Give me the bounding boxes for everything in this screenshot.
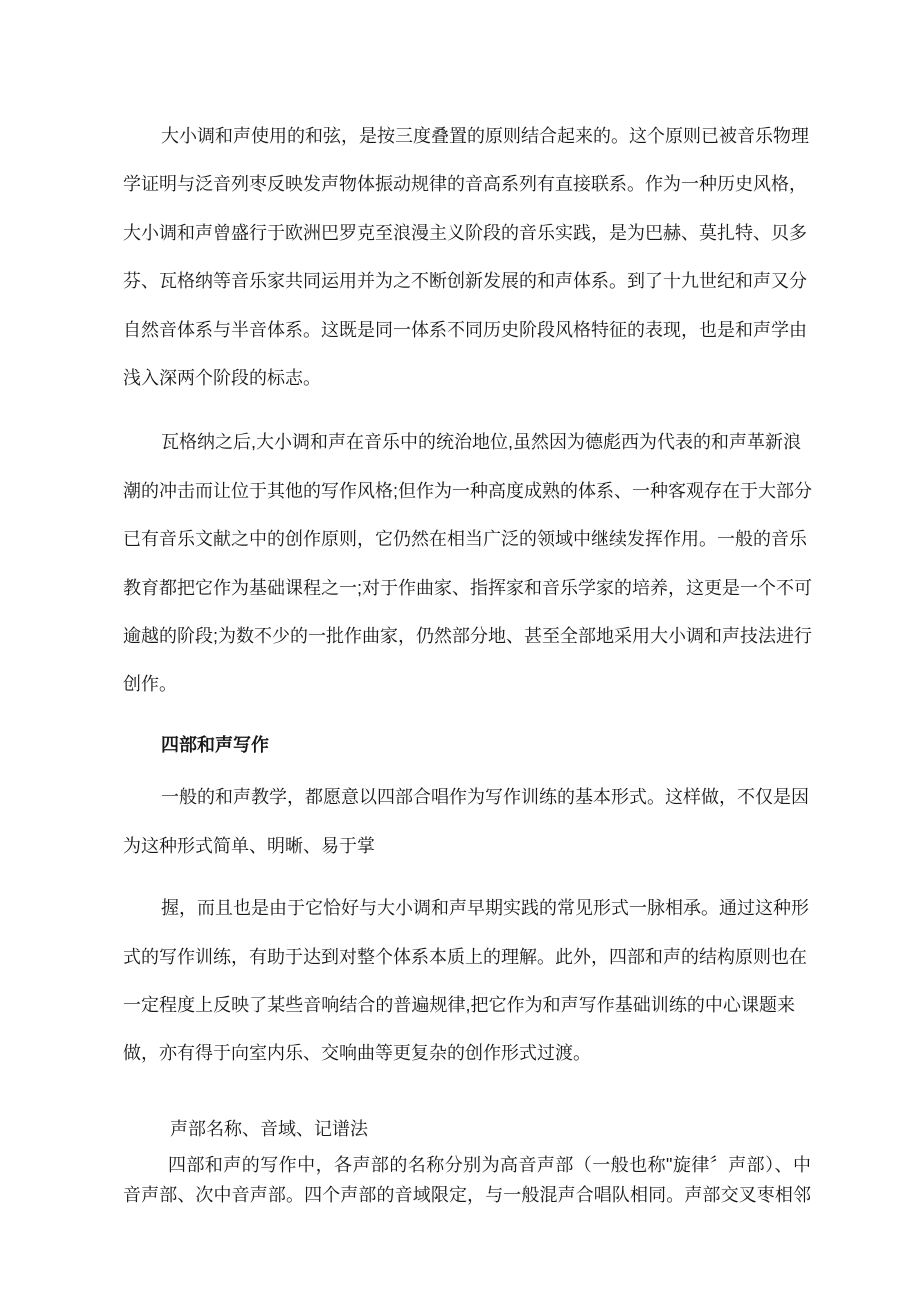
section-heading: 四部和声写作: [123, 721, 795, 769]
text-line: 浅入深两个阶段的标志。: [123, 354, 795, 402]
paragraph: 大小调和声使用的和弦，是按三度叠置的原则结合起来的。这个原则已被音乐物理学证明与…: [123, 112, 795, 402]
paragraph: 四部和声的写作中，各声部的名称分别为高音声部（一般也称"旋律〞声部）、中音声部、…: [123, 1150, 811, 1210]
text-line: 潮的冲击而让位于其他的写作风格;但作为一种高度成熟的体系、一种客观存在于大部分: [123, 467, 795, 515]
text-line: 已有音乐文献之中的创作原则，它仍然在相当广泛的领域中继续发挥作用。一般的音乐: [123, 515, 795, 563]
text-line: 一定程度上反映了某些音响结合的普遍规律,把它作为和声写作基础训练的中心课题来: [123, 981, 795, 1029]
text-line: 为这种形式简单、明晰、易于掌: [123, 822, 795, 870]
paragraph: 一般的和声教学，都愿意以四部合唱作为写作训练的基本形式。这样做，不仅是因为这种形…: [123, 773, 795, 870]
text-line: 大小调和声使用的和弦，是按三度叠置的原则结合起来的。这个原则已被音乐物理: [123, 112, 795, 160]
subsection-heading: 声部名称、音域、记谱法: [123, 1114, 795, 1144]
text-line: 式的写作训练，有助于达到对整个体系本质上的理解。此外，四部和声的结构原则也在: [123, 933, 795, 981]
document-page: 大小调和声使用的和弦，是按三度叠置的原则结合起来的。这个原则已被音乐物理学证明与…: [0, 0, 920, 1301]
text-line: 握，而且也是由于它恰好与大小调和声早期实践的常见形式一脉相承。通过这种形: [123, 884, 795, 932]
paragraph: 握，而且也是由于它恰好与大小调和声早期实践的常见形式一脉相承。通过这种形式的写作…: [123, 884, 795, 1078]
text-line: 逾越的阶段;为数不少的一批作曲家，仍然部分地、甚至全部地采用大小调和声技法进行: [123, 612, 795, 660]
text-line: 自然音体系与半音体系。这既是同一体系不同历史阶段风格特征的表现，也是和声学由: [123, 306, 795, 354]
text-line: 一般的和声教学，都愿意以四部合唱作为写作训练的基本形式。这样做，不仅是因: [123, 773, 795, 821]
text-line: 瓦格纳之后,大小调和声在音乐中的统治地位,虽然因为德彪西为代表的和声革新浪: [123, 418, 795, 466]
text-line: 芬、瓦格纳等音乐家共同运用并为之不断创新发展的和声体系。到了十九世纪和声又分: [123, 257, 795, 305]
text-line: 音声部、次中音声部。四个声部的音域限定，与一般混声合唱队相同。声部交叉枣相邻: [123, 1180, 811, 1210]
text-line: 创作。: [123, 660, 795, 708]
text-line: 学证明与泛音列枣反映发声物体振动规律的音高系列有直接联系。作为一种历史风格，: [123, 160, 795, 208]
text-line: 教育都把它作为基础课程之一;对于作曲家、指挥家和音乐学家的培养，这更是一个不可: [123, 564, 795, 612]
document-body: 大小调和声使用的和弦，是按三度叠置的原则结合起来的。这个原则已被音乐物理学证明与…: [123, 112, 795, 1210]
text-line: 四部和声的写作中，各声部的名称分别为高音声部（一般也称"旋律〞声部）、中: [123, 1150, 811, 1180]
text-line: 做，亦有得于向室内乐、交响曲等更复杂的创作形式过渡。: [123, 1029, 795, 1077]
text-line: 大小调和声曾盛行于欧洲巴罗克至浪漫主义阶段的音乐实践，是为巴赫、莫扎特、贝多: [123, 209, 795, 257]
paragraph: 瓦格纳之后,大小调和声在音乐中的统治地位,虽然因为德彪西为代表的和声革新浪潮的冲…: [123, 418, 795, 708]
